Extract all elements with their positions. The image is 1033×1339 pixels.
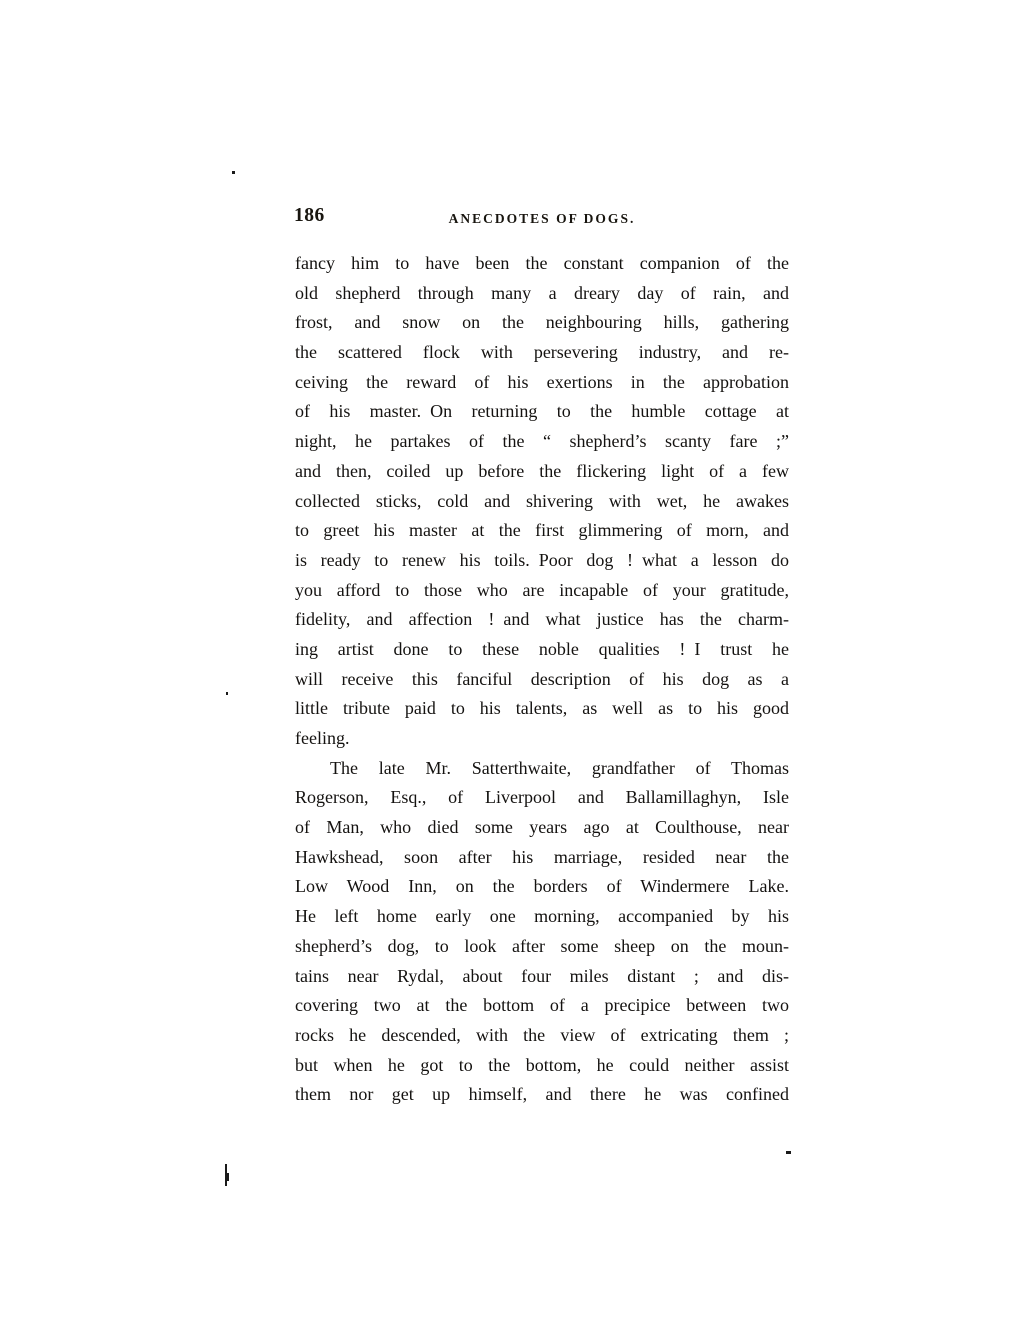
text-line: fidelity, and affection ! and what justi…: [295, 605, 789, 635]
text-line: covering two at the bottom of a precipic…: [295, 991, 789, 1021]
text-line: ceiving the reward of his exertions in t…: [295, 368, 789, 398]
text-line: the scattered flock with persevering ind…: [295, 338, 789, 368]
book-page: 186 ANECDOTES OF DOGS. fancy him to have…: [0, 0, 1033, 1339]
text-line: Rogerson, Esq., of Liverpool and Ballami…: [295, 783, 789, 813]
text-line: you afford to those who are incapable of…: [295, 576, 789, 606]
text-line: of Man, who died some years ago at Coult…: [295, 813, 789, 843]
text-line: The late Mr. Satterthwaite, grandfather …: [295, 754, 789, 784]
text-line: tains near Rydal, about four miles dista…: [295, 962, 789, 992]
text-line: to greet his master at the first glimmer…: [295, 516, 789, 546]
text-line: them nor get up himself, and there he wa…: [295, 1080, 789, 1110]
text-line: but when he got to the bottom, he could …: [295, 1051, 789, 1081]
text-line: night, he partakes of the “ shepherd’s s…: [295, 427, 789, 457]
text-line: is ready to renew his toils. Poor dog ! …: [295, 546, 789, 576]
scan-speck-left-margin: [226, 692, 228, 695]
text-line: of his master. On returning to the humbl…: [295, 397, 789, 427]
text-line: frost, and snow on the neighbouring hill…: [295, 308, 789, 338]
running-head-title: ANECDOTES OF DOGS.: [295, 211, 789, 227]
text-line: shepherd’s dog, to look after some sheep…: [295, 932, 789, 962]
text-line: rocks he descended, with the view of ext…: [295, 1021, 789, 1051]
scan-speck-top-left: [232, 171, 235, 174]
page-body-text: fancy him to have been the constant comp…: [295, 249, 789, 1110]
scan-mark-bottom-left-bump: [227, 1173, 229, 1181]
scan-speck-bottom-right: [786, 1151, 791, 1154]
text-line: and then, coiled up before the flickerin…: [295, 457, 789, 487]
text-line: Hawkshead, soon after his marriage, resi…: [295, 843, 789, 873]
text-line: collected sticks, cold and shivering wit…: [295, 487, 789, 517]
text-line: Low Wood Inn, on the borders of Winderme…: [295, 872, 789, 902]
text-line: will receive this fanciful description o…: [295, 665, 789, 695]
text-line: old shepherd through many a dreary day o…: [295, 279, 789, 309]
text-line: ing artist done to these noble qualities…: [295, 635, 789, 665]
text-line: fancy him to have been the constant comp…: [295, 249, 789, 279]
text-line: little tribute paid to his talents, as w…: [295, 694, 789, 724]
text-line: feeling.: [295, 724, 789, 754]
text-line: He left home early one morning, accompan…: [295, 902, 789, 932]
